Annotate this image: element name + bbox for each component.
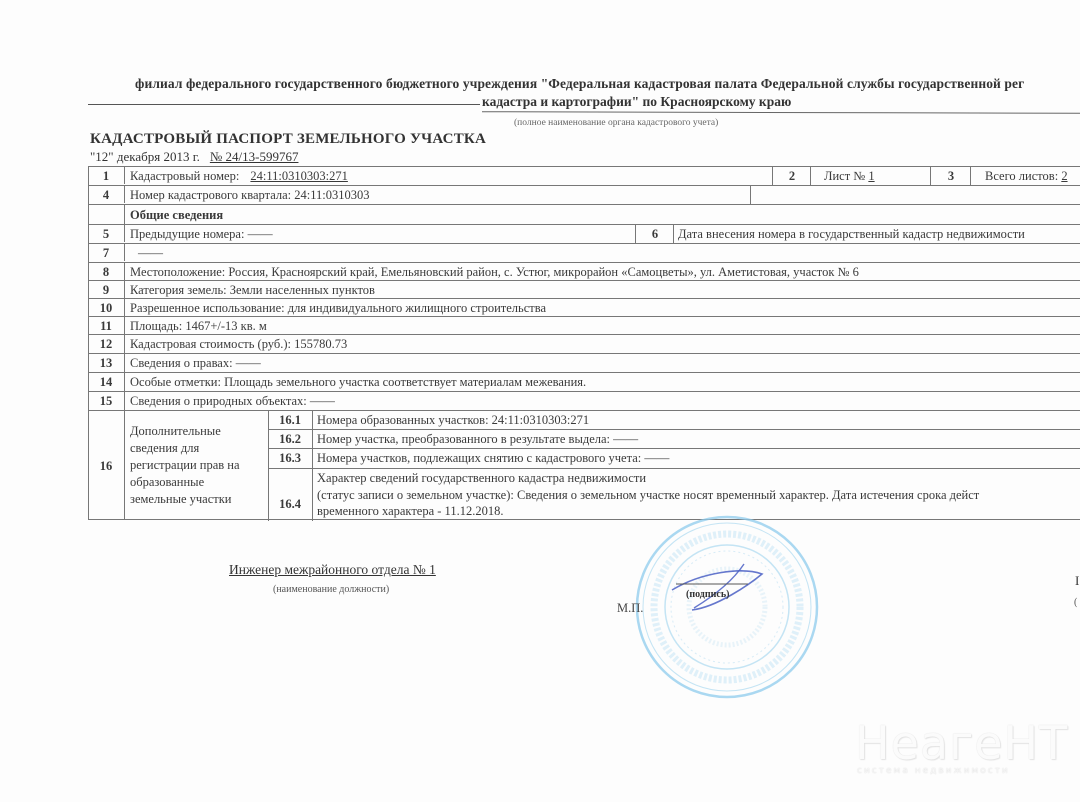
cadastral-number-value: 24:11:0310303:271 [250,169,347,183]
sub-row-16-2: 16.2 Номер участка, преобразованного в р… [269,429,1080,448]
sub-row-16-3: 16.3 Номера участков, подлежащих снятию … [269,448,1080,468]
label-line: регистрации прав на [130,457,270,474]
table-row-14: 14 Особые отметки: Площадь земельного уч… [88,372,1080,391]
table-row-4: 4 Номер кадастрового квартала: 24:11:031… [88,185,1080,203]
land-category: Категория земель: Земли населенных пункт… [130,281,375,299]
cutoff-text-1: I [1075,573,1079,589]
natural-objects: Сведения о природных объектах: —— [130,392,335,411]
registry-entry-date-label: Дата внесения номера в государственный к… [678,225,1025,243]
document-page: филиал федерального государственного бюд… [0,0,1080,802]
row-number: 6 [637,225,673,243]
divider [772,167,773,185]
org-name-caption: (полное наименование органа кадастрового… [514,118,718,128]
sub-row-16-1: 16.1 Номера образованных участков: 24:11… [269,411,1080,429]
table-row-5: 5 Предыдущие номера: —— 6 Дата внесения … [88,224,1080,242]
table-row-7: 7 —— [88,243,1080,261]
divider [635,225,636,243]
watermark-logo: НеагеНТ система недвижимости [855,720,1055,790]
row-number: 14 [88,373,125,391]
row-number: 16 [88,411,125,519]
location: Местоположение: Россия, Красноярский кра… [130,263,859,281]
divider [930,167,931,185]
table-row-10: 10 Разрешенное использование: для индиви… [88,298,1080,316]
total-sheets-field: Всего листов: 2 [985,167,1068,185]
sub-row-number: 16.2 [269,430,311,448]
cadastral-value: Кадастровая стоимость (руб.): 155780.73 [130,335,347,354]
document-number: № 24/13-599767 [210,149,299,164]
section-general-heading: Общие сведения [130,205,223,225]
previous-numbers: Предыдущие номера: —— [130,225,273,243]
sub-row-number: 16.4 [269,487,311,521]
permitted-use: Разрешенное использование: для индивидуа… [130,299,546,317]
special-notes: Особые отметки: Площадь земельного участ… [130,373,586,392]
divider [970,167,971,185]
area: Площадь: 1467+/-13 кв. м [130,317,267,335]
row-7-value: —— [138,244,163,262]
row-number: 7 [88,244,125,261]
section-general-row: Общие сведения [88,204,1080,224]
record-status-line: Характер сведений государственного кадас… [317,470,979,487]
divider [673,225,674,243]
org-name-line-1: филиал федерального государственного бюд… [135,76,1024,92]
total-sheets-label: Всего листов: [985,169,1058,183]
label-line: земельные участки [130,491,270,508]
table-row-9: 9 Категория земель: Земли населенных пун… [88,280,1080,298]
cadastral-number-field: Кадастровый номер: 24:11:0310303:271 [130,167,348,185]
cutoff-text-2: ( [1074,597,1077,608]
quarter-number: Номер кадастрового квартала: 24:11:03103… [130,186,369,204]
table-row-13: 13 Сведения о правах: —— [88,353,1080,372]
total-field-number: 3 [932,167,970,185]
signature-caption: (подпись) [686,589,729,600]
table-row-1: 1 Кадастровый номер: 24:11:0310303:271 2… [88,166,1080,184]
row-number: 9 [88,281,125,298]
table-row-15: 15 Сведения о природных объектах: —— [88,391,1080,410]
additional-info-label: Дополнительные сведения для регистрации … [130,423,270,508]
label-line: сведения для [130,440,270,457]
row-number: 12 [88,335,125,353]
table-row-8: 8 Местоположение: Россия, Красноярский к… [88,262,1080,280]
sheet-label: Лист № [824,169,865,183]
org-name-line-2: кадастра и картографии" по Красноярскому… [482,94,791,110]
stamp-place-label: М.П. [617,601,643,616]
converted-parcel: Номер участка, преобразованного в резуль… [317,430,638,448]
document-date: "12" декабря 2013 г. [90,149,200,164]
document-date-line: "12" декабря 2013 г.№ 24/13-599767 [90,149,298,165]
divider [810,167,811,185]
watermark-brand: НеагеНТ [855,720,1055,766]
official-stamp-icon [632,512,822,702]
row-number: 15 [88,392,125,410]
row-number: 13 [88,354,125,372]
row-number: 10 [88,299,125,316]
table-row-16: 16 Дополнительные сведения для регистрац… [88,410,1080,520]
header-rule-left [88,104,480,105]
formed-parcels: Номера образованных участков: 24:11:0310… [317,411,589,429]
cadastral-number-label: Кадастровый номер: [130,169,239,183]
row-number: 1 [88,167,125,184]
document-title: КАДАСТРОВЫЙ ПАСПОРТ ЗЕМЕЛЬНОГО УЧАСТКА [90,131,486,148]
parcels-to-deregister: Номера участков, подлежащих снятию с кад… [317,449,669,468]
row-number: 11 [88,317,125,334]
sheet-value: 1 [868,169,874,183]
label-line: Дополнительные [130,423,270,440]
signatory-position: Инженер межрайонного отдела № 1 [229,562,436,578]
signatory-position-caption: (наименование должности) [273,584,389,595]
sub-row-number: 16.3 [269,449,311,468]
row-number: 8 [88,263,125,280]
header-rule-right [482,111,1080,114]
row-number: 5 [88,225,125,242]
total-sheets-value: 2 [1061,169,1067,183]
row-number-empty [88,205,125,224]
rights-info: Сведения о правах: —— [130,354,261,373]
row-number: 4 [88,186,125,203]
table-row-12: 12 Кадастровая стоимость (руб.): 155780.… [88,334,1080,353]
divider [750,186,751,204]
table-row-11: 11 Площадь: 1467+/-13 кв. м [88,316,1080,334]
sub-row-number: 16.1 [269,411,311,429]
sheet-number-field: Лист № 1 [824,167,875,185]
label-line: образованные [130,474,270,491]
record-status-line: (статус записи о земельном участке): Све… [317,487,979,504]
sheet-field-number: 2 [774,167,810,185]
